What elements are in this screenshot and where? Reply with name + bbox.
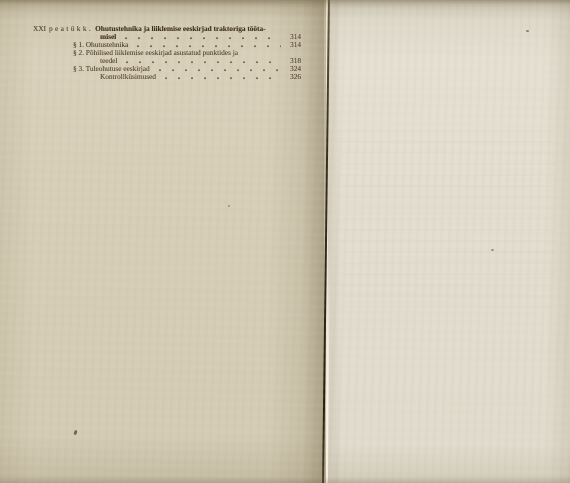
dot-leader — [122, 35, 281, 41]
scan-edge-bottom — [0, 476, 570, 483]
toc-entry: § 3. Tuleohutuse eeskirjad 324 — [33, 65, 301, 73]
chapter-title: Ohutustehnika ja liiklemise eeskirjad tr… — [95, 25, 265, 33]
chapter-word: peatükk. — [49, 25, 93, 33]
chapter-number: XXI — [33, 25, 46, 33]
toc-entry: Kontrollküsimused 326 — [33, 73, 301, 81]
scan-edge-top — [0, 0, 570, 8]
book-spread-scan: XXI peatükk. Ohutustehnika ja liiklemise… — [0, 0, 570, 483]
right-page — [326, 0, 570, 483]
entry-label: § 2. Põhilised liiklemise eeskirjad asus… — [73, 49, 238, 57]
toc-block: XXI peatükk. Ohutustehnika ja liiklemise… — [33, 25, 301, 81]
page-number: 314 — [285, 41, 301, 49]
page-number: 326 — [285, 73, 301, 81]
gutter-shadow-left — [302, 0, 324, 483]
toc-chapter-line: XXI peatükk. Ohutustehnika ja liiklemise… — [33, 25, 301, 33]
dot-leader — [162, 75, 281, 81]
dot-leader — [156, 67, 281, 73]
entry-label: Kontrollküsimused — [100, 73, 156, 81]
toc-entry: § 2. Põhilised liiklemise eeskirjad asus… — [33, 49, 301, 57]
